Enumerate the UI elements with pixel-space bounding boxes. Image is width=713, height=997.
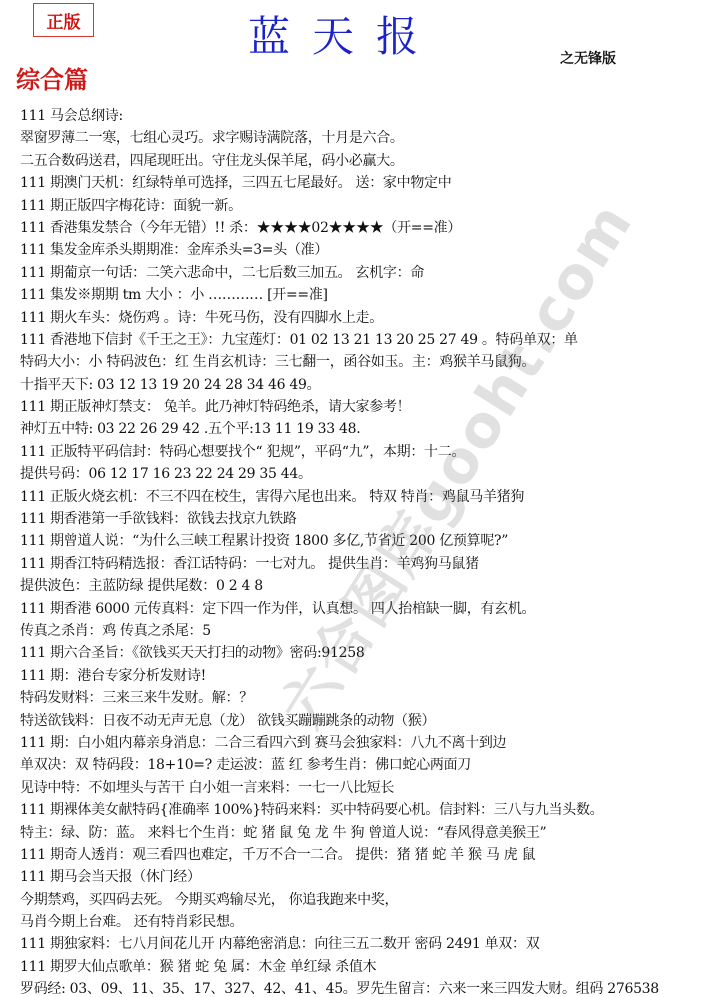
text-line: 111 期葡京一句话：二笑六悲命中，二七后数三加五。 玄机字：命 [20,262,710,284]
text-line: 111 期：港台专家分析发财诗! [20,665,710,687]
text-line: 特码发财料：三来三来牛发财。解：？ [20,687,710,709]
text-line: 111 香港集发禁合（今年无错）!! 杀：★★★★02★★★★（开==准） [20,217,710,239]
text-line: 111 期罗大仙点歌单：猴 猪 蛇 兔 属：木金 单红绿 杀值木 [20,956,710,978]
text-line: 111 集发金库杀头期期准：金库杀头=3=头（准） [20,239,710,261]
document-body: 111 马会总纲诗: 翠窗罗薄二一寒，七组心灵巧。求字赐诗满院落，十月是六合。 … [20,105,710,997]
page-title: 蓝天报 [248,4,440,64]
text-line: 神灯五中特: 03 22 26 29 42 .五个平:13 11 19 33 4… [20,418,710,440]
text-line: 111 正版特平码信封：特码心想要找个“ 犯规”，平码“九”，本期：十二。 [20,441,710,463]
text-line: 翠窗罗薄二一寒，七组心灵巧。求字赐诗满院落，十月是六合。 [20,127,710,149]
text-line: 单双决：双 特码段：18+10=? 走运波：蓝 红 参考生肖：佛口蛇心两面刀 [20,754,710,776]
text-line: 111 期正版四字梅花诗：面貌一新。 [20,195,710,217]
edition-subtitle: 之无锋版 [560,48,616,68]
text-line: 111 期香江特码精选报：香江话特码：一七对九。 提供生肖：羊鸡狗马鼠猪 [20,553,710,575]
text-line: 111 期六合圣旨：《欲钱买天天打扫的动物》密码:91258 [20,642,710,664]
text-line: 111 期香港 6000 元传真料：定下四一作为伴，认真想。 四人抬棺缺一脚，有… [20,598,710,620]
text-line: 特送欲钱料：日夜不动无声无息（龙） 欲钱买蹦蹦跳条的动物（猴） [20,710,710,732]
text-line: 特主：绿、防：蓝。 来料七个生肖：蛇 猪 鼠 兔 龙 牛 狗 曾道人说：“春风得… [20,822,710,844]
text-line: 111 集发※期期 tm 大小 ：小 ………… [开==准] [20,284,710,306]
text-line: 111 期正版神灯禁支： 兔羊。此乃神灯特码绝杀，请大家参考！ [20,396,710,418]
text-line: 十指平天下: 03 12 13 19 20 24 28 34 46 49。 [20,374,710,396]
text-line: 提供号码：06 12 17 16 23 22 24 29 35 44。 [20,463,710,485]
text-line: 111 期曾道人说：“为什么三峡工程累计投资 1800 多亿,节省近 200 亿… [20,530,710,552]
text-line: 111 香港地下信封《千王之王》：九宝莲灯：01 02 13 21 13 20 … [20,329,710,351]
section-heading: 综合篇 [16,60,88,95]
text-line: 111 正版火烧玄机：不三不四在校生，害得六尾也出来。 特双 特肖：鸡鼠马羊猪狗 [20,486,710,508]
text-line: 罗码经: 03、09、11、35、17、327、42、41、45。罗先生留言：六… [20,978,710,997]
text-line: 111 马会总纲诗: [20,105,710,127]
text-line: 见诗中特：不如埋头与苦干 白小姐一言来料：一七一八比短长 [20,777,710,799]
text-line: 111 期裸体美女献特码{准确率 100%}特码来料：买中特码要心机。信封料：三… [20,799,710,821]
text-line: 传真之杀肖：鸡 传真之杀尾：5 [20,620,710,642]
text-line: 111 期：白小姐内幕亲身消息：二合三看四六到 赛马会独家料：八九不离十到边 [20,732,710,754]
text-line: 111 期马会当天报（休门经） [20,866,710,888]
text-line: 111 期澳门天机：红绿特单可选择，三四五七尾最好。 送：家中物定中 [20,172,710,194]
text-line: 111 期香港第一手欲钱料：欲钱去找京九铁路 [20,508,710,530]
text-line: 二五合数码送君，四尾现旺出。守住龙头保羊尾，码小必赢大。 [20,150,710,172]
text-line: 111 期奇人透肖：观三看四也难定，千万不合一二合。 提供：猪 猪 蛇 羊 猴 … [20,844,710,866]
official-version-badge: 正版 [33,3,94,37]
text-line: 特码大小：小 特码波色：红 生肖玄机诗：三七翻一，函谷如玉。主：鸡猴羊马鼠狗。 [20,351,710,373]
text-line: 马肖今期上台难。 还有特肖彩民想。 [20,911,710,933]
text-line: 111 期火车头：烧伤鸡 。诗：牛死马伤，没有四脚水上走。 [20,307,710,329]
text-line: 111 期独家料：七八月间花儿开 内幕绝密消息：向往三五二数开 密码 2491 … [20,933,710,955]
text-line: 今期禁鸡，买四码去死。 今期买鸡输尽光， 你追我跑来中奖， [20,889,710,911]
text-line: 提供波色：主蓝防绿 提供尾数：0 2 4 8 [20,575,710,597]
